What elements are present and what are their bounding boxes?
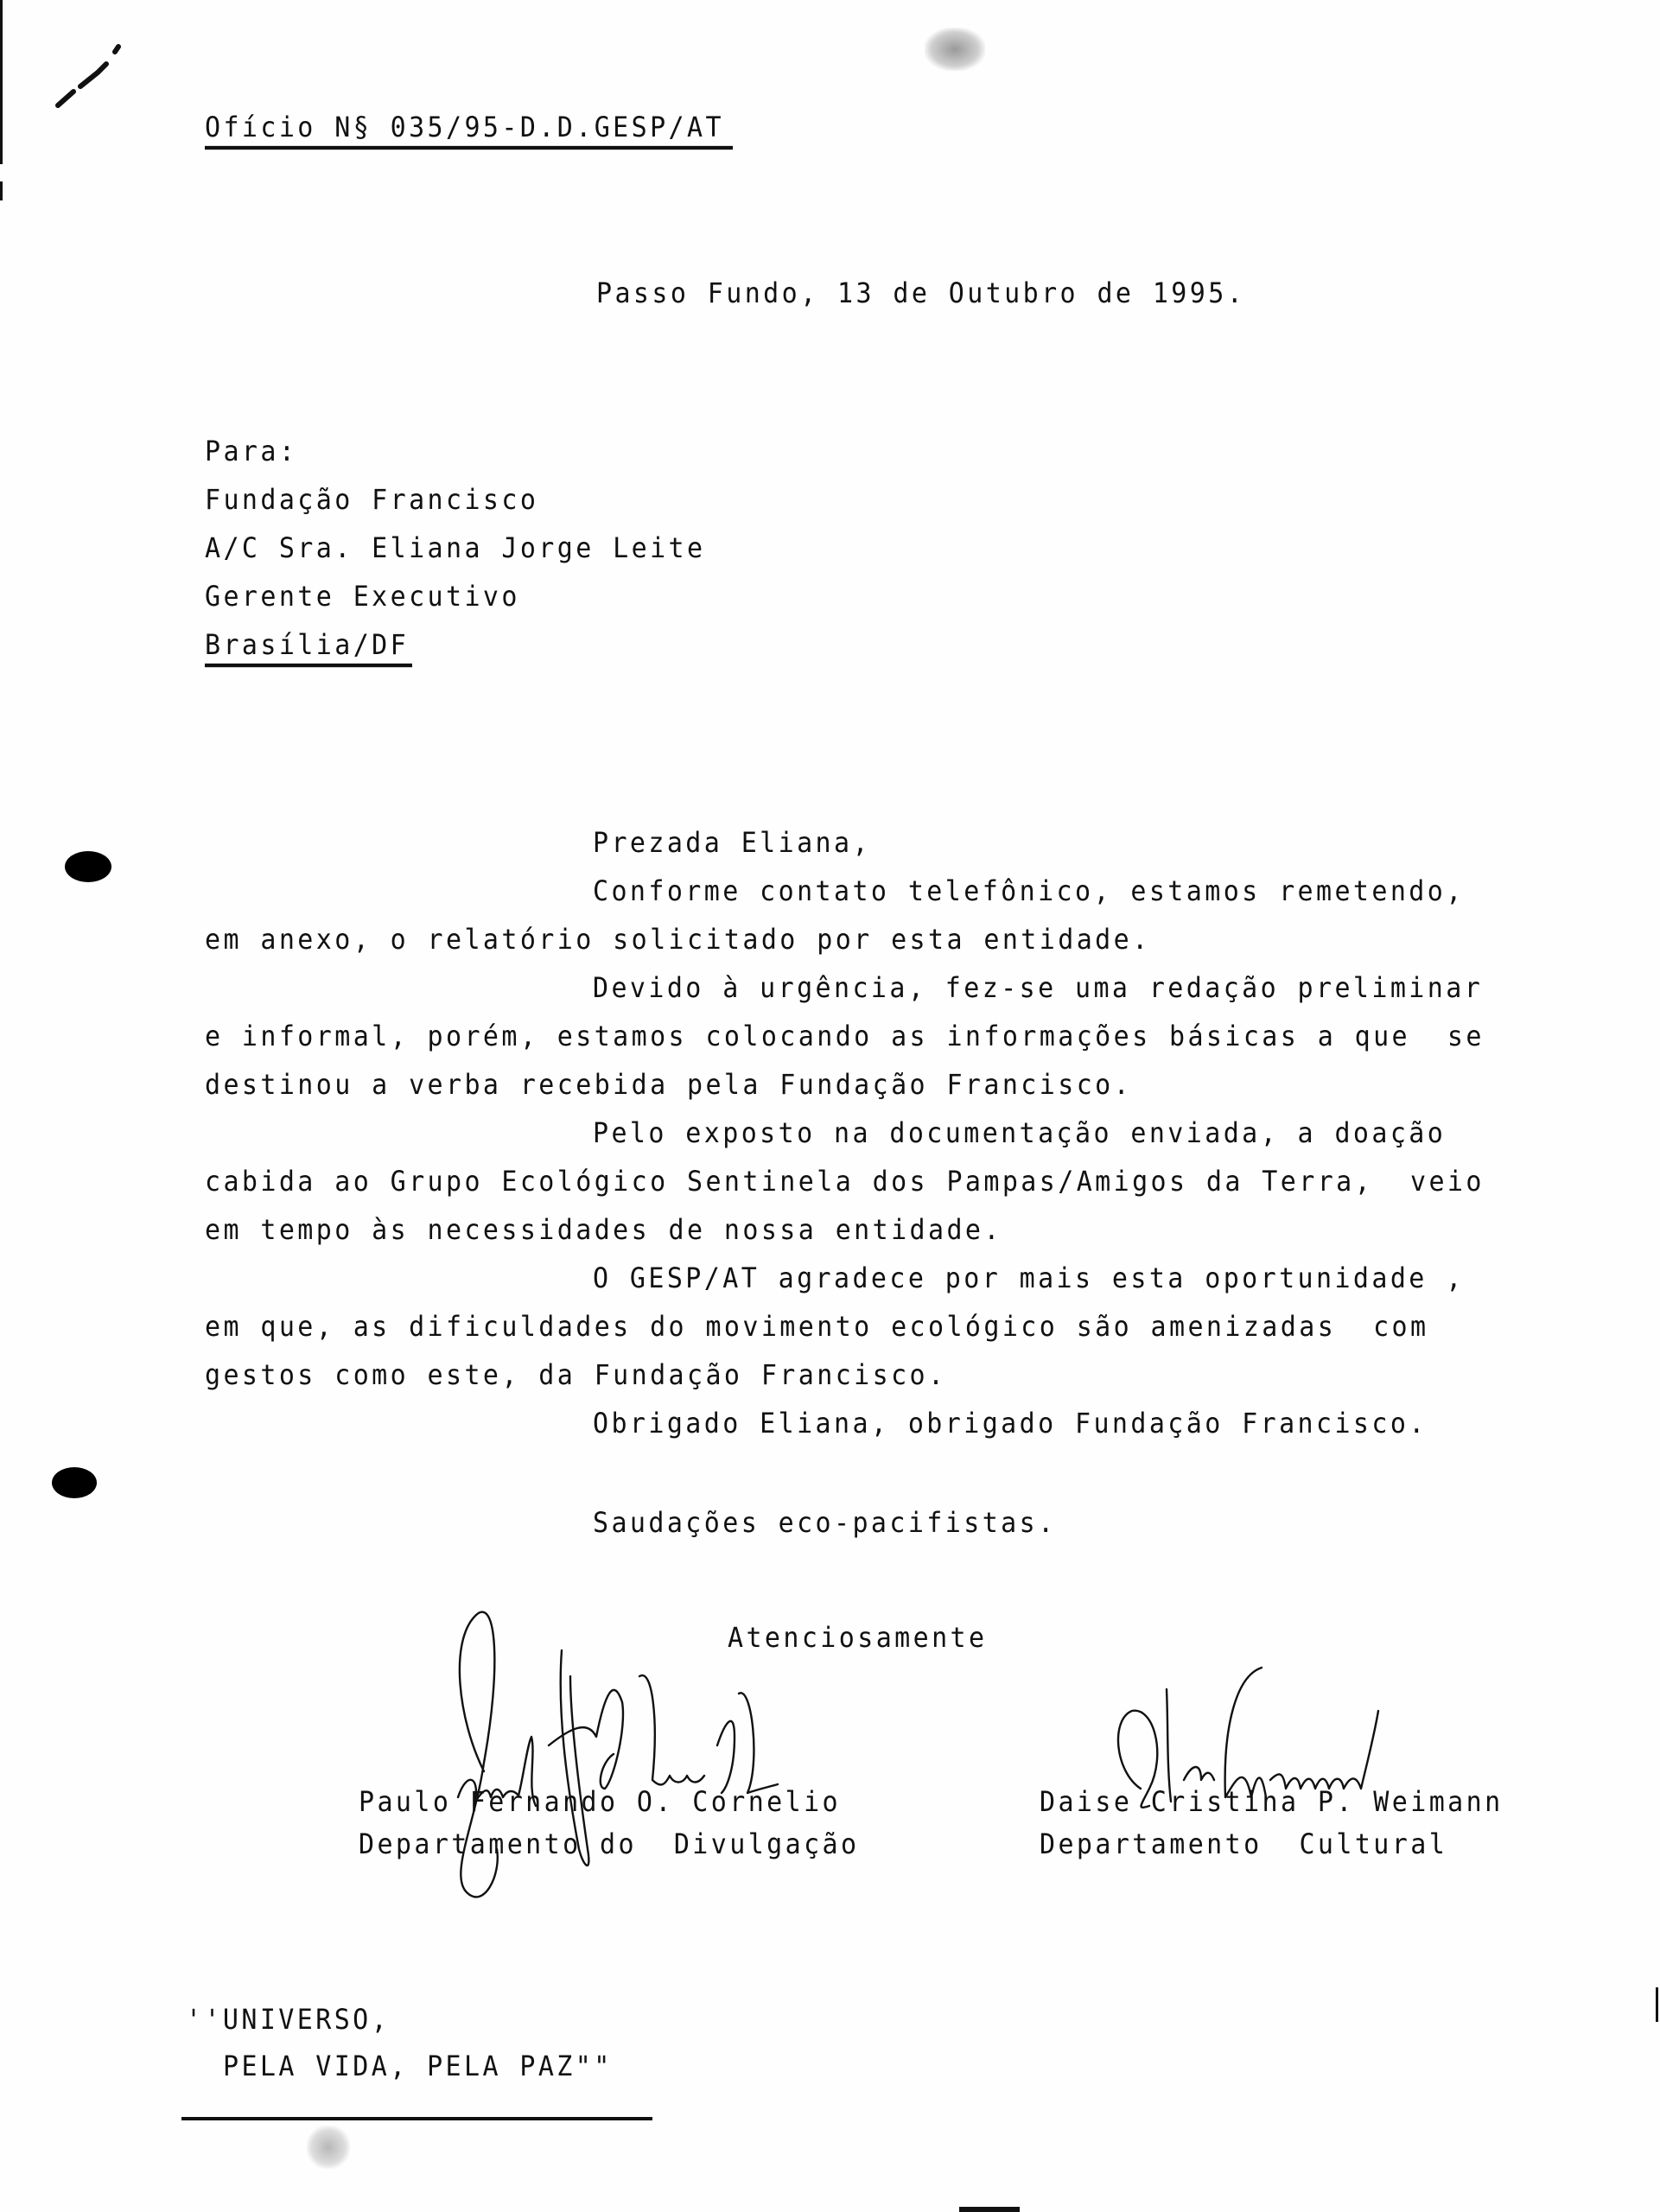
- recipient-organization: Fundação Francisco: [205, 485, 538, 517]
- punch-hole: [52, 1467, 97, 1498]
- body-line: em que, as dificuldades do movimento eco…: [205, 1312, 1428, 1344]
- body-line: gestos como este, da Fundação Francisco.: [205, 1360, 946, 1392]
- body-line: em anexo, o relatório solicitado por est…: [205, 925, 1151, 957]
- left-edge-mark: [0, 181, 3, 200]
- place-date: Passo Fundo, 13 de Outubro de 1995.: [596, 278, 1245, 310]
- body-line: em tempo às necessidades de nossa entida…: [205, 1215, 1002, 1247]
- body-line: Devido à urgência, fez-se uma redação pr…: [593, 973, 1483, 1005]
- body-line: e informal, porém, estamos colocando as …: [205, 1021, 1485, 1053]
- signatory-name: Paulo Fernando O. Cornelio: [359, 1787, 841, 1819]
- body-line: Obrigado Eliana, obrigado Fundação Franc…: [593, 1408, 1428, 1440]
- salutation: Prezada Eliana,: [593, 828, 871, 860]
- scanned-letter-page: Ofício N§ 035/95-D.D.GESP/AT Passo Fundo…: [0, 0, 1660, 2212]
- recipient-city: Brasília/DF: [205, 630, 412, 667]
- signatory-department: Departamento Cultural: [1040, 1829, 1447, 1861]
- recipient-role: Gerente Executivo: [205, 582, 520, 613]
- recipient-label: Para:: [205, 436, 297, 468]
- motto-underline: [181, 2117, 652, 2120]
- body-line: Pelo exposto na documentação enviada, a …: [593, 1118, 1446, 1150]
- bottom-edge-mark: [959, 2207, 1020, 2212]
- document-reference: Ofício N§ 035/95-D.D.GESP/AT: [205, 112, 733, 149]
- body-line: cabida ao Grupo Ecológico Sentinela dos …: [205, 1166, 1485, 1198]
- right-edge-mark: [1656, 1987, 1658, 2022]
- body-line: destinou a verba recebida pela Fundação …: [205, 1070, 1132, 1102]
- signature-paulo: [354, 1590, 804, 1918]
- recipient-attention: A/C Sra. Eliana Jorge Leite: [205, 533, 705, 565]
- motto-line-1: ''UNIVERSO,: [186, 2005, 390, 2037]
- signatory-name: Daise Cristina P. Weimann: [1040, 1787, 1504, 1819]
- signatory-department: Departamento do Divulgação: [359, 1829, 859, 1861]
- scan-smudge: [307, 2126, 350, 2169]
- pen-stroke-mark: [48, 35, 143, 112]
- scan-smudge: [925, 28, 985, 71]
- punch-hole: [65, 851, 111, 882]
- body-line: O GESP/AT agradece por mais esta oportun…: [593, 1263, 1465, 1295]
- greeting: Saudações eco-pacifistas.: [593, 1508, 1057, 1540]
- body-line: Conforme contato telefônico, estamos rem…: [593, 876, 1465, 908]
- left-edge-mark: [0, 0, 3, 164]
- motto-line-2: PELA VIDA, PELA PAZ"": [223, 2051, 613, 2083]
